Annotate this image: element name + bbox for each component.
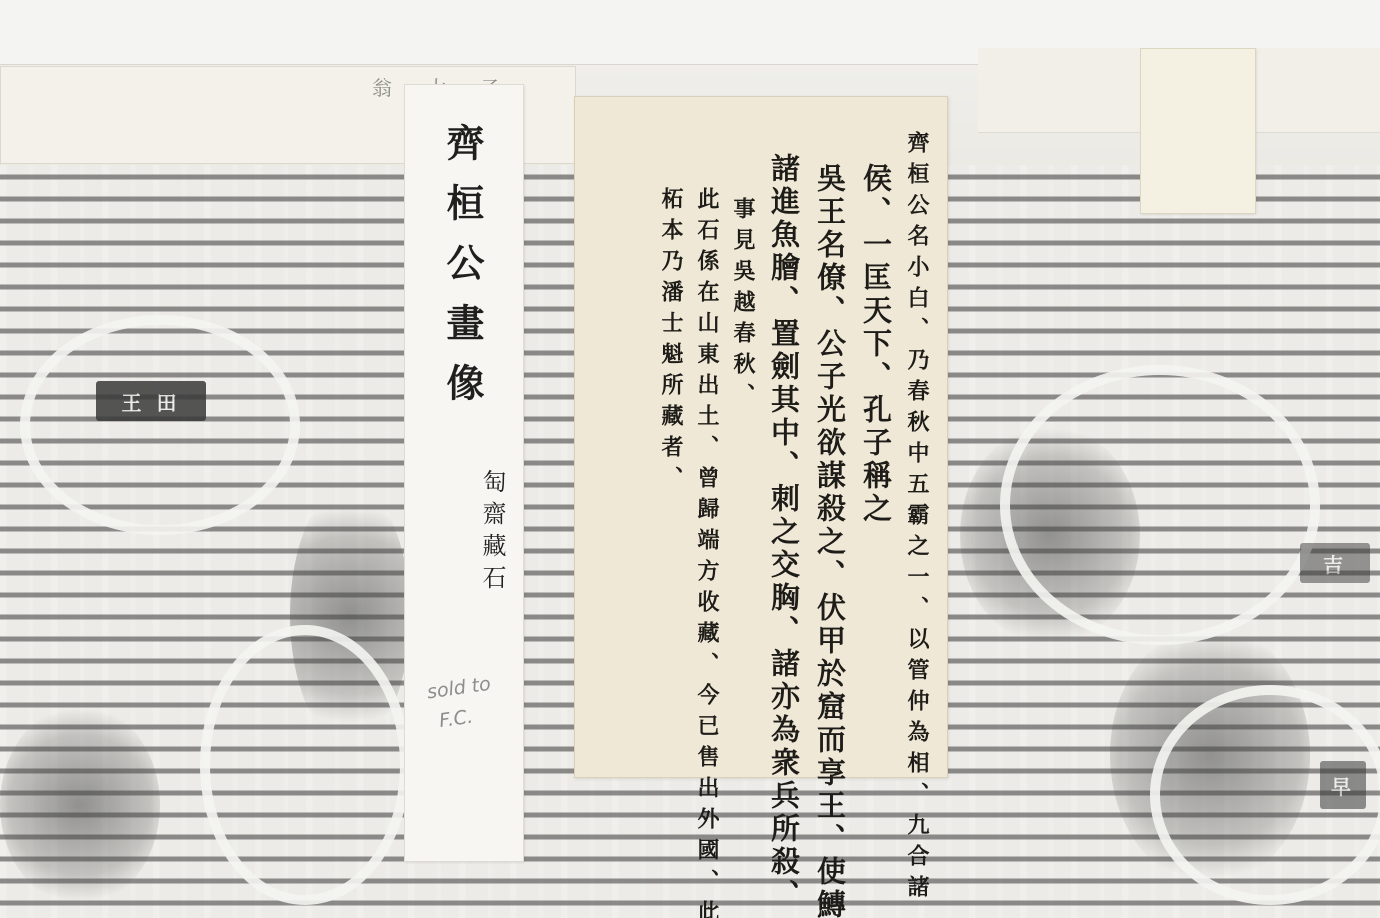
pencil-sale-note: sold to F.C. xyxy=(425,669,497,737)
caption-columns: 齊桓公名小白、乃春秋中五霸之一、以管仲為相、九合諸 侯、一匡天下、孔子稱之 吳王… xyxy=(653,131,935,771)
caption-column-5: 事見吳越春秋、 xyxy=(725,131,761,771)
caption-column-1: 齊桓公名小白、乃春秋中五霸之一、以管仲為相、九合諸 xyxy=(899,131,935,771)
collector-mark: 匋齋藏石 xyxy=(475,469,510,597)
caption-sheet: 齊桓公名小白、乃春秋中五霸之一、以管仲為相、九合諸 侯、一匡天下、孔子稱之 吳王… xyxy=(574,96,948,778)
rubbing-relief-curve xyxy=(200,625,410,905)
title-slip: 齊桓公畫像 匋齋藏石 sold to F.C. xyxy=(404,84,524,862)
rubbing-relief-curve xyxy=(20,315,300,535)
title-slip-title: 齊桓公畫像 xyxy=(435,123,490,423)
rubbing-figure-left xyxy=(0,705,160,905)
rubbing-relief-curve xyxy=(1000,365,1320,645)
blank-paper-label xyxy=(1140,48,1256,214)
caption-column-7: 柘本乃潘士魁所藏者、 xyxy=(653,131,689,771)
caption-column-3: 吳王名僚、公子光欲謀殺之、伏甲於窟而享王、使鱄 xyxy=(807,131,853,771)
cartouche-right-lower: 早 xyxy=(1320,761,1366,809)
cartouche-right-middle: 吉 xyxy=(1300,543,1370,583)
caption-column-6: 此石係在山東出土、曾歸端方收藏、今已售出外國、此 xyxy=(689,131,725,771)
cartouche-left: 王 田 xyxy=(96,381,206,421)
caption-column-4: 諸進魚膾、置劍其中、刺之交胸、諸亦為衆兵所殺、 xyxy=(761,131,807,771)
caption-column-2: 侯、一匡天下、孔子稱之 xyxy=(853,131,899,771)
